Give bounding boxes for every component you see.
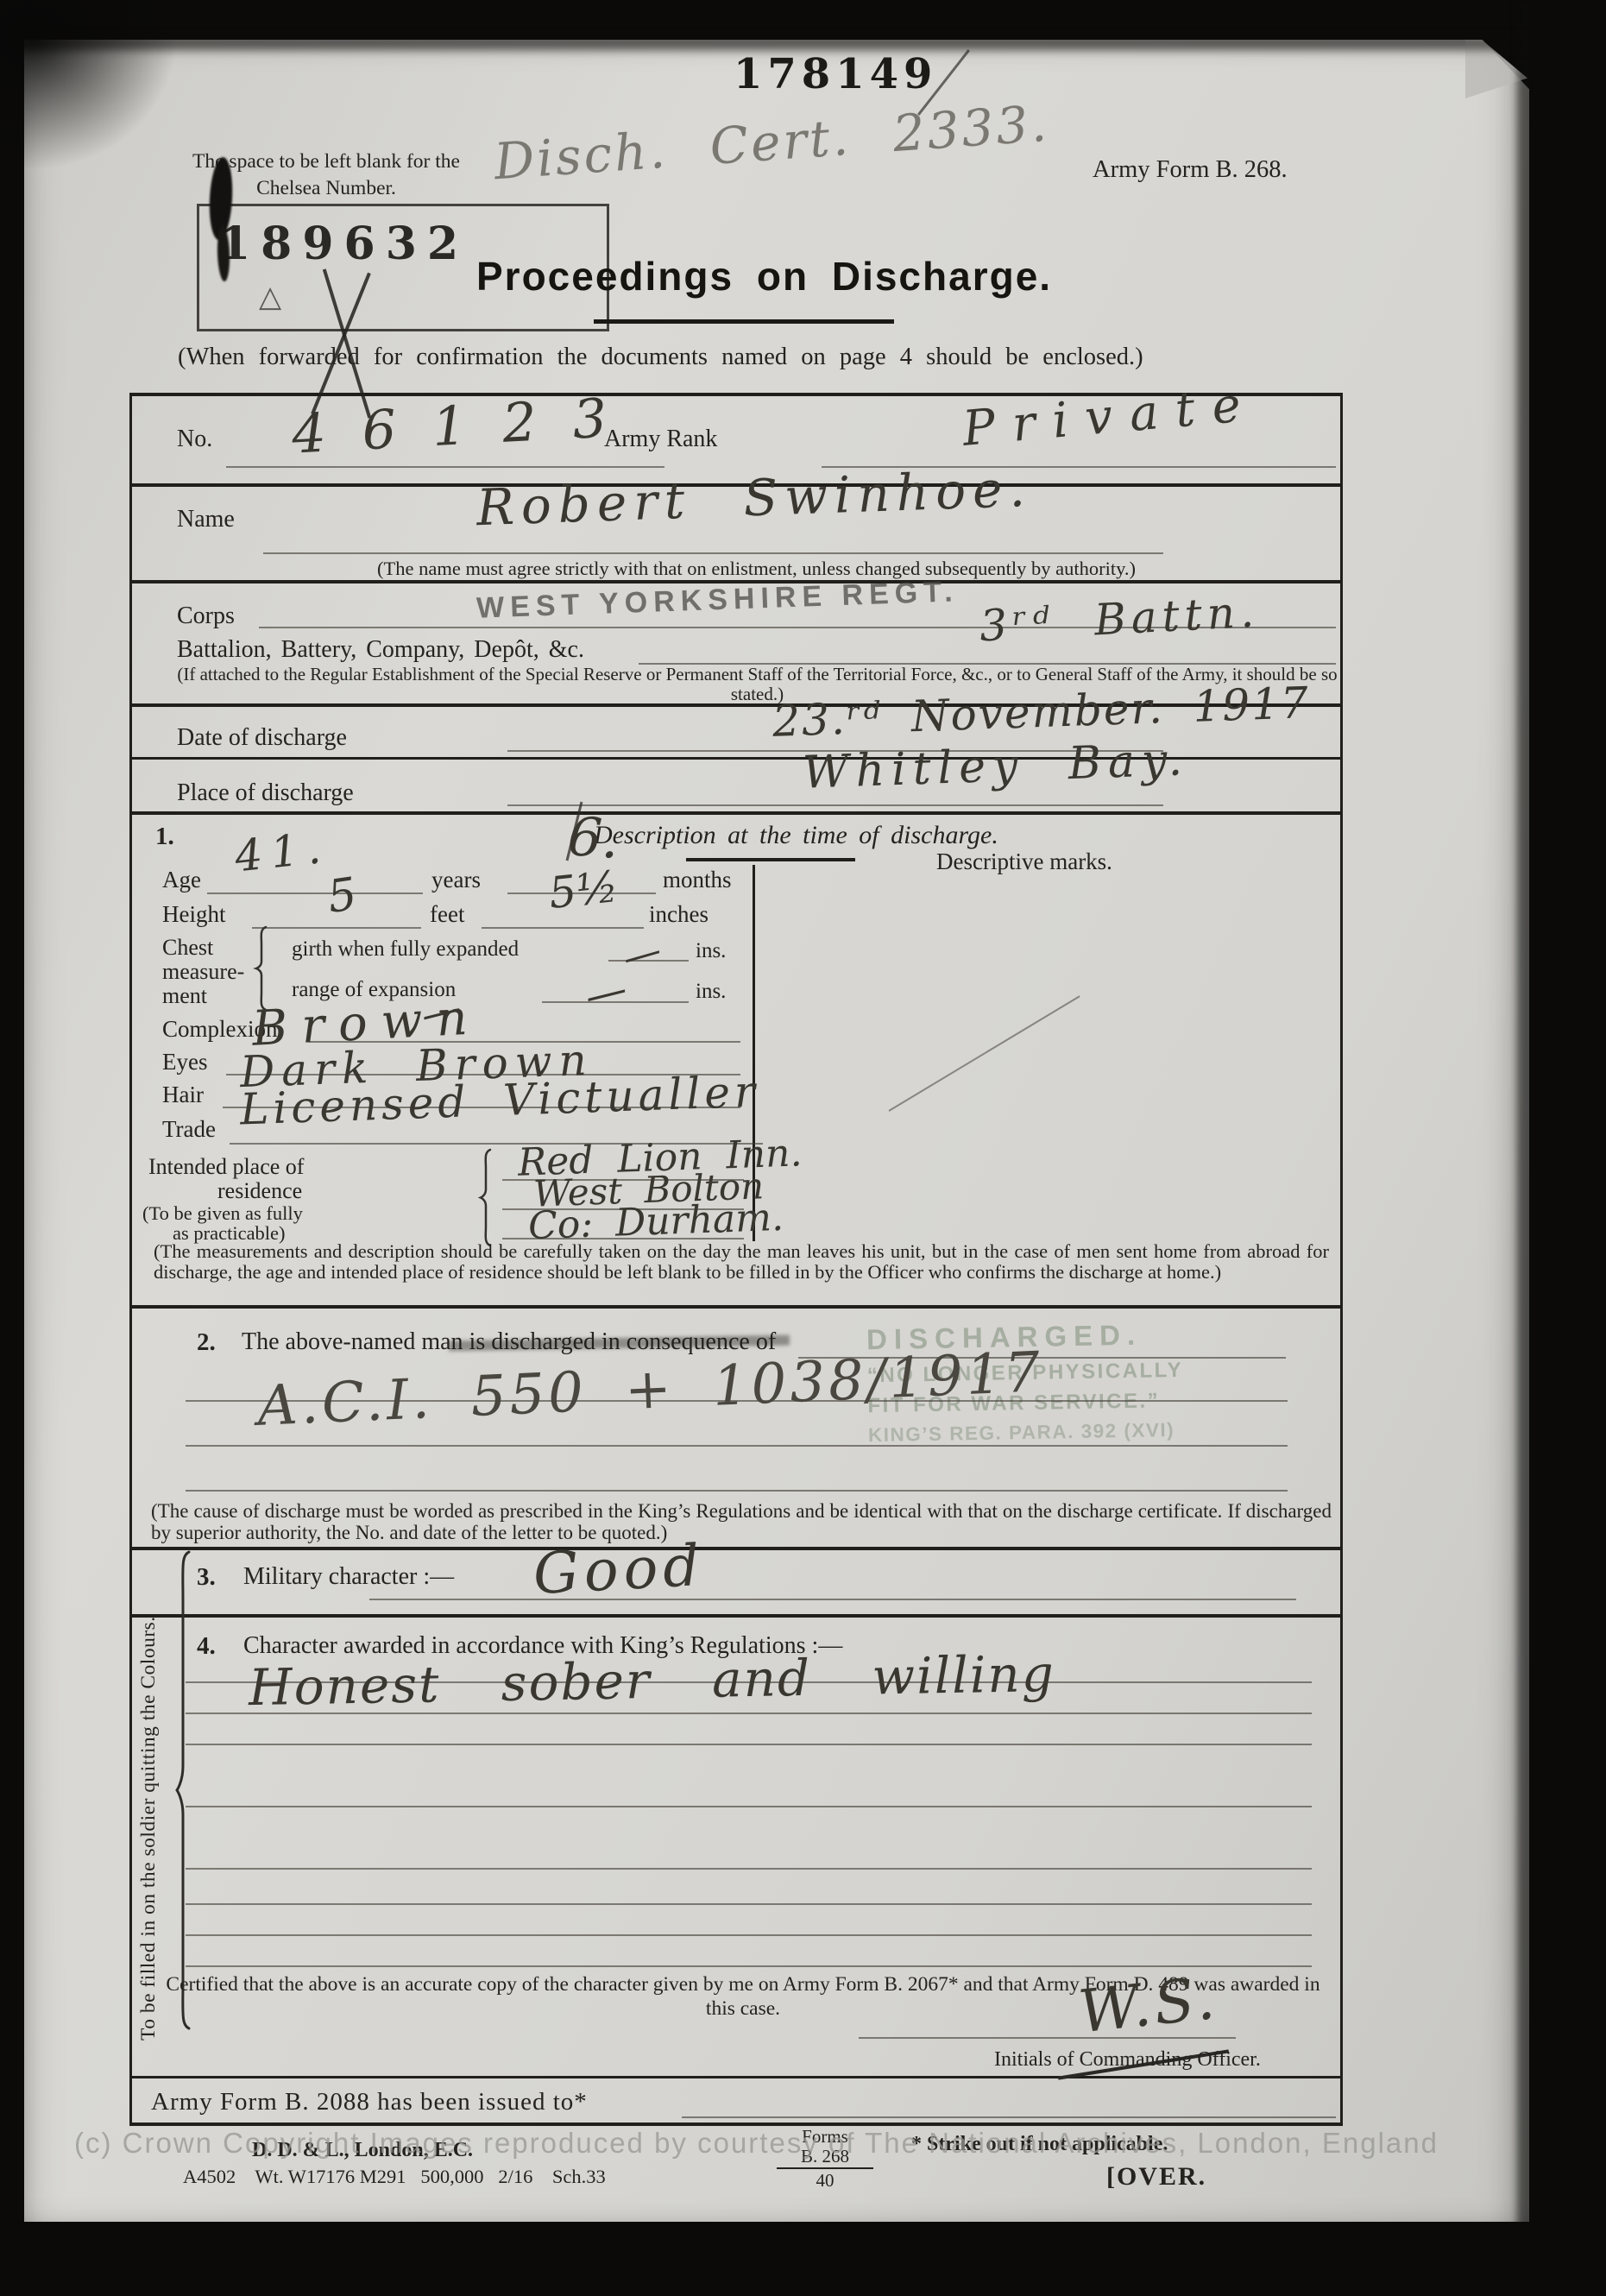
residence-brace <box>476 1148 494 1247</box>
section3-label: Military character :— <box>243 1562 454 1592</box>
section4-value: Honest sober and willing <box>249 1649 1056 1713</box>
place-line <box>507 804 1163 806</box>
battalion-label: Battalion, Battery, Company, Depôt, &c. <box>177 635 584 665</box>
height-line-1 <box>252 927 421 929</box>
form-rule-8 <box>129 1547 1343 1550</box>
feet-value: 5 <box>325 872 360 920</box>
corps-label: Corps <box>177 602 235 631</box>
place-label: Place of discharge <box>177 779 354 808</box>
ruled-line-6 <box>186 1903 1312 1905</box>
chest-label-1: Chest <box>162 934 213 962</box>
edge-bottom <box>0 2222 1606 2296</box>
cause-line-3 <box>186 1445 1288 1447</box>
residence-label-1: Intended place of <box>148 1153 304 1181</box>
chelsea-number-stamp: 189632 <box>219 218 469 270</box>
ruled-line-1 <box>186 1681 1312 1683</box>
enclosure-note: (When forwarded for confirmation the doc… <box>178 343 1143 373</box>
page-title: Proceedings on Discharge. <box>476 253 1052 300</box>
edge-left <box>0 0 24 2296</box>
description-note: (The measurements and description should… <box>154 1241 1329 1283</box>
rank-label: Army Rank <box>604 425 717 454</box>
ruled-line-4 <box>186 1806 1312 1807</box>
margin-note: To be filled in on the soldier quitting … <box>136 1547 167 2041</box>
form-rule-9 <box>129 1614 1343 1618</box>
edge-top-blur <box>0 36 1606 50</box>
form-rule-6 <box>129 811 1343 815</box>
name-label: Name <box>177 505 235 534</box>
document-scan: 178149 The space to be left blank for th… <box>0 0 1606 2296</box>
form-border-right <box>1340 393 1343 2126</box>
section4-number: 4. <box>197 1631 216 1662</box>
margin-brace <box>173 1549 193 2032</box>
forms-denominator: 40 <box>777 2169 873 2191</box>
serial-number-stamp: 178149 <box>734 50 937 98</box>
form-border-left <box>129 393 132 2126</box>
issued-label: Army Form B. 2088 has been issued to* <box>151 2087 588 2117</box>
ruled-line-2 <box>186 1713 1312 1714</box>
name-line <box>263 552 1163 554</box>
section3-line <box>369 1599 1296 1600</box>
eyes-label: Eyes <box>162 1048 207 1076</box>
chest-label-2: measure- <box>162 958 244 986</box>
ruled-line-3 <box>186 1744 1312 1745</box>
ruled-line-8 <box>186 1965 1312 1967</box>
print-code: A4502 Wt. W17176 M291 500,000 2/16 Sch.3… <box>183 2165 606 2188</box>
years-label: years <box>431 866 481 894</box>
girth-unit: ins. <box>696 938 726 965</box>
inches-value: 5½ <box>547 865 620 915</box>
section3-value: Good <box>532 1537 706 1603</box>
feet-label: feet <box>430 900 464 929</box>
no-line <box>226 466 664 468</box>
expansion-unit: ins. <box>696 979 726 1006</box>
ruled-line-7 <box>186 1934 1312 1936</box>
edge-corner-blob <box>0 0 190 181</box>
cause-line-4 <box>186 1490 1288 1492</box>
girth-label: girth when fully expanded <box>292 937 519 963</box>
name-note: (The name must agree strictly with that … <box>177 557 1336 580</box>
initials-label: Initials of Commanding Officer. <box>994 2047 1261 2072</box>
edge-top <box>0 0 1606 40</box>
section2-number: 2. <box>197 1328 216 1358</box>
months-value: 6. <box>566 810 620 867</box>
age-line-1 <box>207 893 423 894</box>
form-rule-10 <box>129 2076 1343 2078</box>
hair-label: Hair <box>162 1081 204 1109</box>
title-underline <box>594 319 894 324</box>
signature-line <box>859 2037 1236 2039</box>
watermark: (c) Crown Copyright Images reproduced by… <box>74 2127 1439 2160</box>
age-label: Age <box>162 866 201 894</box>
trade-label: Trade <box>162 1115 216 1144</box>
form-rule-bottom <box>129 2123 1343 2126</box>
ruled-line-5 <box>186 1868 1312 1870</box>
section1-number: 1. <box>155 822 174 852</box>
chest-brace <box>252 925 269 1012</box>
issued-line <box>682 2116 1336 2118</box>
form-reference: Army Form B. 268. <box>1093 155 1288 186</box>
age-value: 41. <box>233 825 331 878</box>
inches-label: inches <box>649 900 709 929</box>
chest-label-3: ment <box>162 982 207 1010</box>
height-label: Height <box>162 900 226 929</box>
date-label: Date of discharge <box>177 723 347 753</box>
months-label: months <box>663 866 732 894</box>
height-line-2 <box>482 927 644 929</box>
edge-right <box>1531 0 1606 2296</box>
form-rule-7 <box>129 1305 1343 1309</box>
residence-value-3: Co: Durham. <box>527 1199 784 1246</box>
section3-number: 3. <box>197 1562 216 1593</box>
triangle-mark: △ <box>259 280 281 314</box>
no-label: No. <box>177 425 212 454</box>
section2-note: (The cause of discharge must be worded a… <box>151 1500 1332 1544</box>
place-value: Whitley Bay. <box>802 737 1190 796</box>
heading-underline <box>686 858 855 861</box>
marks-heading: Descriptive marks. <box>936 848 1112 876</box>
over-label: [OVER. <box>1106 2161 1206 2193</box>
initials-signature: W.S. <box>1076 1970 1221 2042</box>
residence-label-2: residence <box>217 1177 302 1205</box>
